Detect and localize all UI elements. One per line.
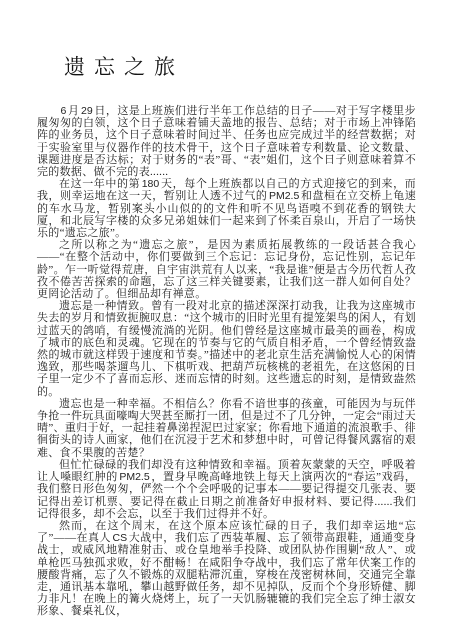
document-page: 遗忘之旅 6月29日，这是上班族们进行半年工作总结的日子——对于写字楼里步履匆匆… xyxy=(0,0,451,638)
paragraph: 之所以称之为“遗忘之旅”，是因为素质拓展教练的一段话甚合我心——“在整个活动中，… xyxy=(37,239,416,300)
latin-run: 180 xyxy=(140,178,161,190)
latin-run: 29 xyxy=(80,105,95,117)
latin-run: PM2.5 xyxy=(118,471,151,483)
document-title: 遗忘之旅 xyxy=(64,51,451,81)
document-body: 6月29日，这是上班族们进行半年工作总结的日子——对于写字楼里步履匆匆的白领，这… xyxy=(37,105,416,618)
paragraph: 遗忘是一种情致。曾有一段对北京的描述深深打动我，让我为这座城市失去的岁月和情致扼… xyxy=(37,300,416,398)
paragraph: 但忙忙碌碌的我们却没有这种情致和幸福。顶着灰蒙蒙的天空，呼吸着让人嗓眼红肿的PM… xyxy=(37,459,416,520)
paragraph: 在这一年中的第180天，每个上班族都以自己的方式迎接它的到来，而我，则幸运地在这… xyxy=(37,178,416,239)
paragraph: 6月29日，这是上班族们进行半年工作总结的日子——对于写字楼里步履匆匆的白领，这… xyxy=(37,105,416,178)
latin-run: 6 xyxy=(59,105,68,117)
paragraph: 然而，在这个周末，在这个原本应该忙碌的日子，我们却幸运地“忘了”——在真人CS大… xyxy=(37,520,416,618)
paragraph: 遗忘也是一种幸福。不相信么？你看不谙世事的孩童，可能因为与玩伴争抢一件玩具面嚎啕… xyxy=(37,398,416,459)
latin-run: CS xyxy=(111,532,129,544)
latin-run: PM2.5 xyxy=(267,190,300,202)
